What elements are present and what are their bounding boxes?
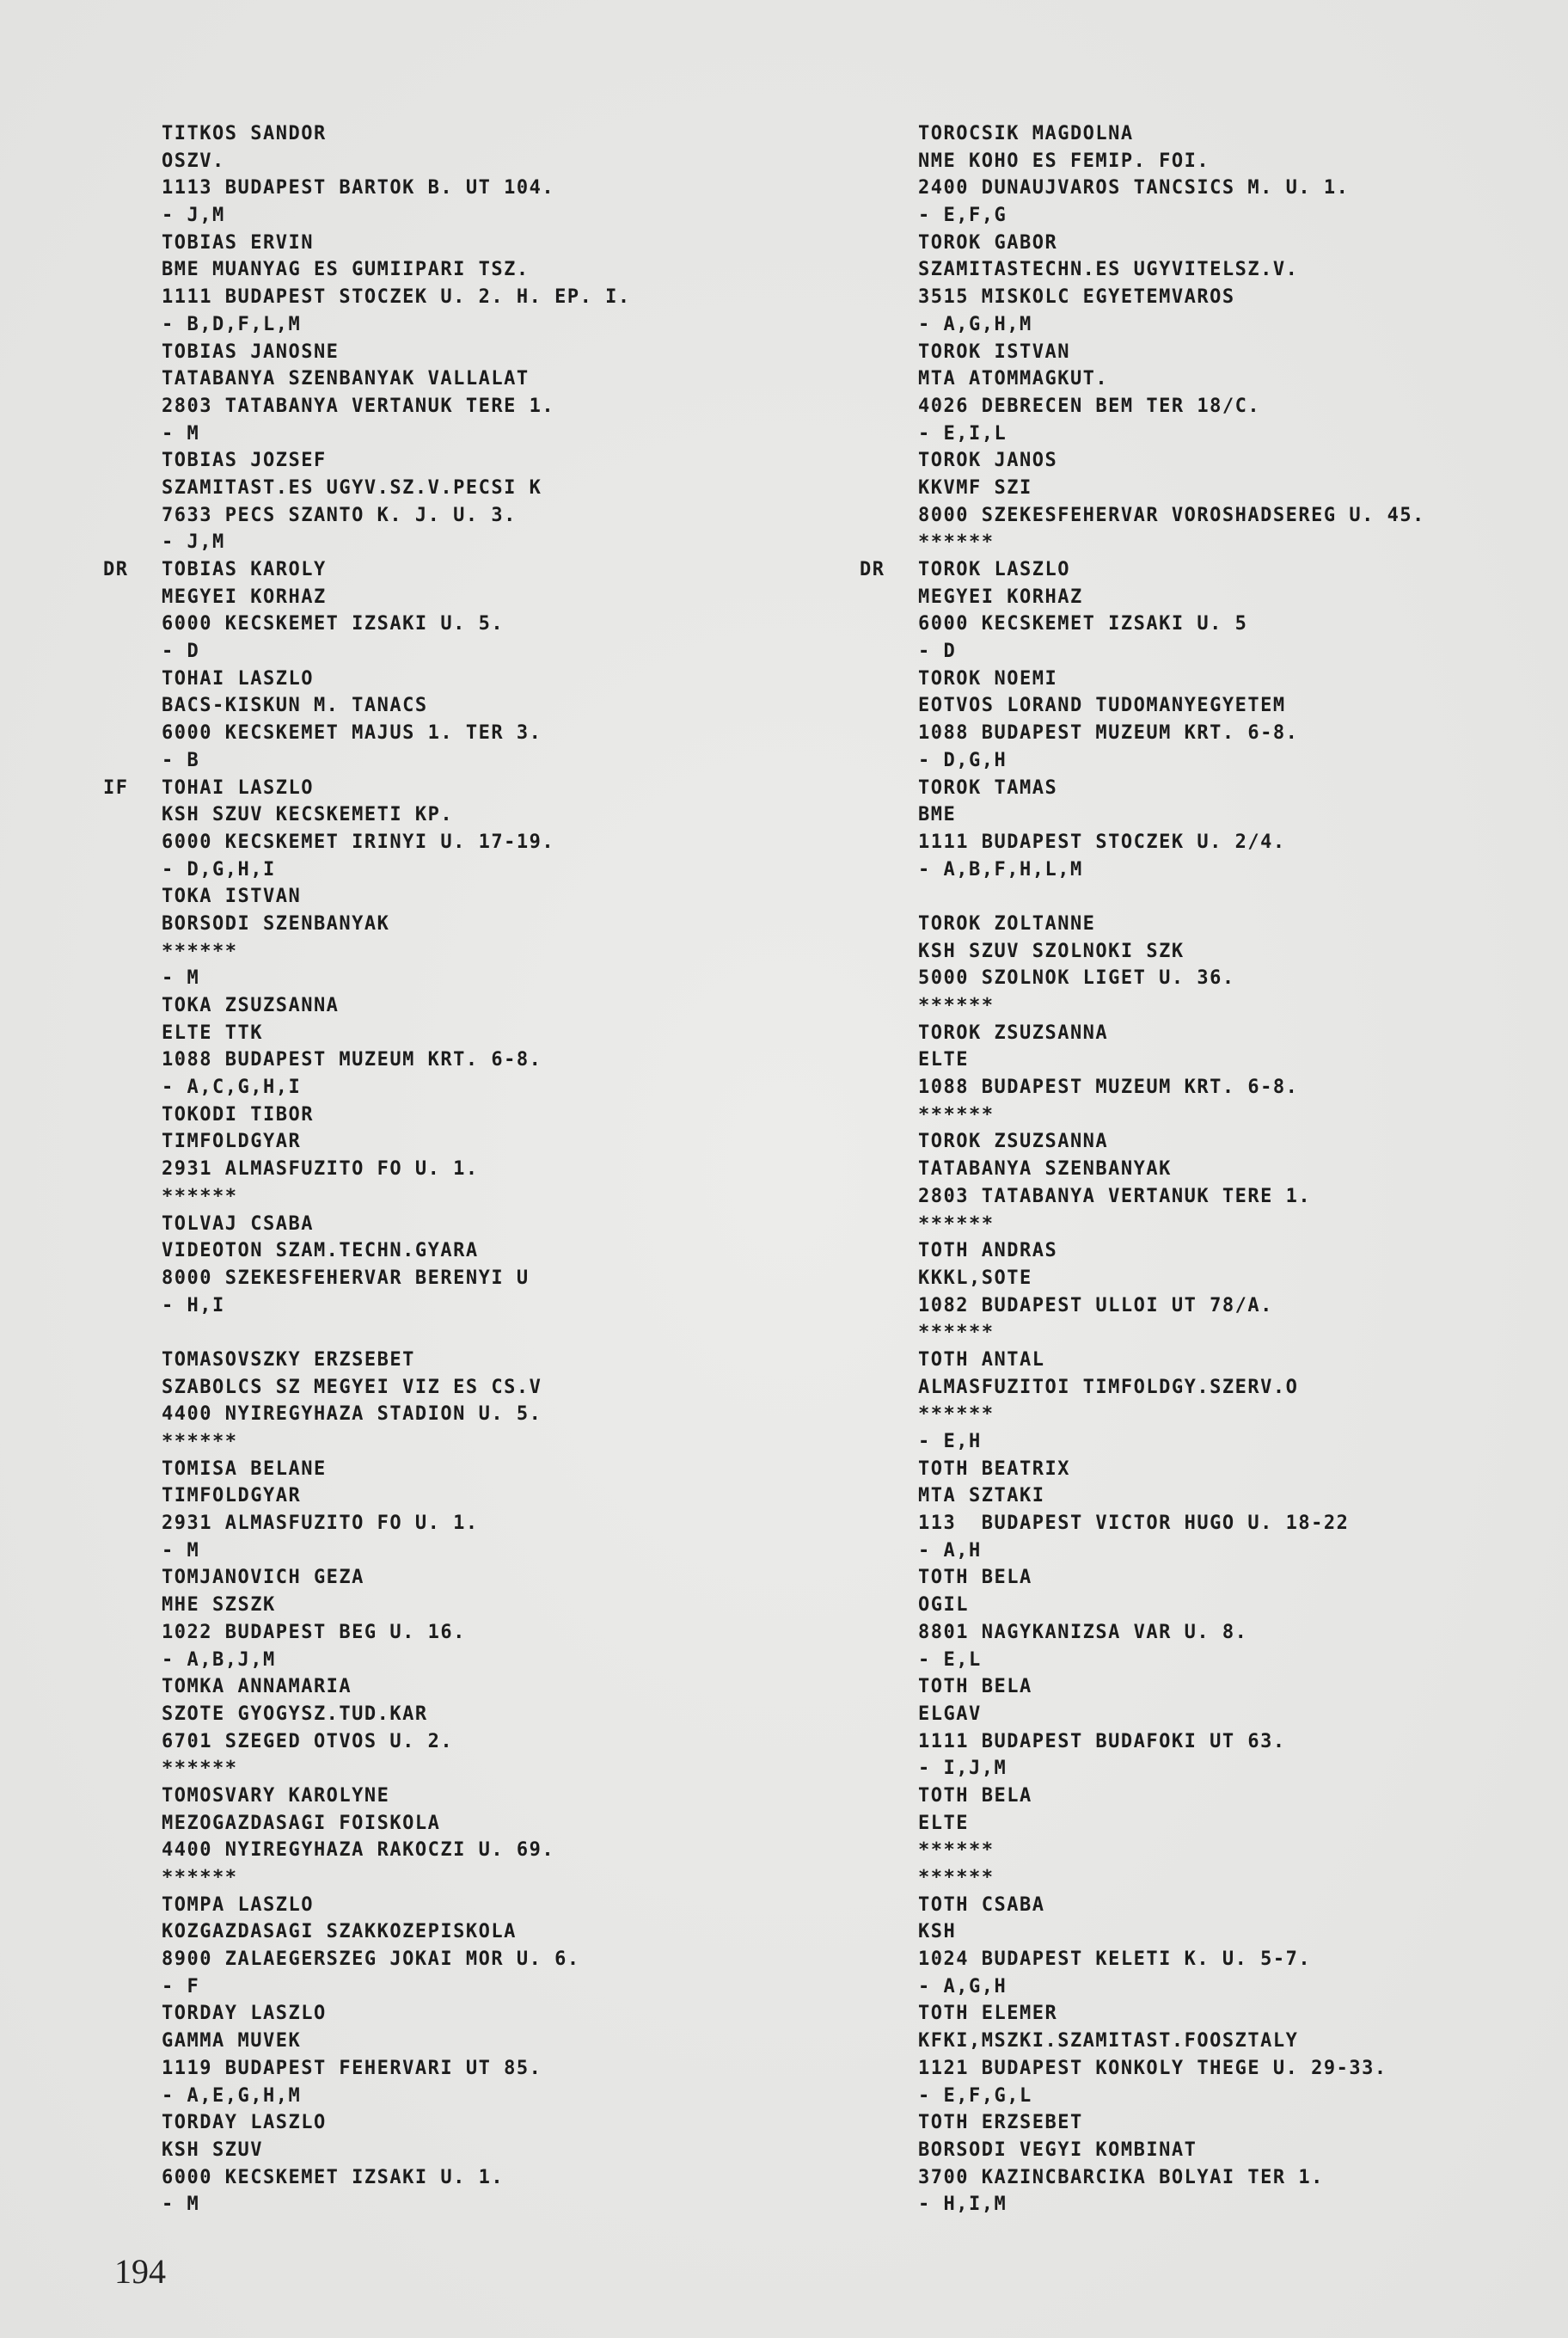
entry-address: 6701 SZEGED OTVOS U. 2. (103, 1728, 817, 1756)
entry-name: TOROK GABOR (918, 232, 1057, 254)
entry-title-prefix: DR (103, 556, 129, 584)
entry-detail: - E,L (860, 1647, 1568, 1674)
entry-name-line: TOBIAS JANOSNE (103, 339, 817, 366)
entry-name-line: TOTH ELEMER (860, 2000, 1568, 2028)
entry-address: 3515 MISKOLC EGYETEMVAROS (860, 284, 1568, 311)
directory-entry: TOTH ELEMERKFKI,MSZKI.SZAMITAST.FOOSZTAL… (860, 2000, 1568, 2109)
entry-name: TORDAY LASZLO (162, 2003, 327, 2024)
entry-detail: - M (103, 965, 817, 992)
entry-name-line: TOROK GABOR (860, 230, 1568, 257)
directory-entry: TOTH BEATRIXMTA SZTAKI113 BUDAPEST VICTO… (860, 1456, 1568, 1565)
entry-organization: ELTE (860, 1810, 1568, 1838)
directory-entry: TOROK ZSUZSANNAELTE1088 BUDAPEST MUZEUM … (860, 1020, 1568, 1129)
entry-organization: MEGYEI KORHAZ (103, 584, 817, 611)
entry-name: TOKODI TIBOR (162, 1104, 314, 1126)
entry-address: 1088 BUDAPEST MUZEUM KRT. 6-8. (103, 1046, 817, 1074)
entry-organization: KSH SZUV SZOLNOKI SZK (860, 938, 1568, 966)
entry-detail: - J,M (103, 529, 817, 556)
entry-detail: ****** (860, 992, 1568, 1020)
entry-organization: KKKL,SOTE (860, 1265, 1568, 1292)
entry-organization: SZAMITAST.ES UGYV.SZ.V.PECSI K (103, 475, 817, 502)
entry-name: TOROK ZSUZSANNA (918, 1131, 1108, 1152)
entry-name-line: TOTH BELA (860, 1783, 1568, 1810)
entry-detail: - A,G,H (860, 1973, 1568, 2001)
directory-entry: TOMISA BELANETIMFOLDGYAR2931 ALMASFUZITO… (103, 1456, 817, 1565)
entry-name: TOKA ZSUZSANNA (162, 995, 339, 1016)
entry-organization: MEZOGAZDASAGI FOISKOLA (103, 1810, 817, 1838)
entry-detail: - F (103, 1973, 817, 2001)
entry-name: TITKOS SANDOR (162, 123, 327, 144)
entry-name-line: TOROK NOEMI (860, 666, 1568, 693)
entry-address: 1088 BUDAPEST MUZEUM KRT. 6-8. (860, 1074, 1568, 1101)
entry-address: 1111 BUDAPEST STOCZEK U. 2. H. EP. I. (103, 284, 817, 311)
entry-organization: KKVMF SZI (860, 475, 1568, 502)
entry-detail: - A,E,G,H,M (103, 2083, 817, 2110)
entry-detail: - A,H (860, 1537, 1568, 1565)
entry-name-line: TOROK ZSUZSANNA (860, 1128, 1568, 1156)
entry-organization: TATABANYA SZENBANYAK VALLALAT (103, 365, 817, 393)
entry-address: 8000 SZEKESFEHERVAR BERENYI U (103, 1265, 817, 1292)
entry-organization: ELGAV (860, 1701, 1568, 1728)
entry-address: ****** (860, 1401, 1568, 1428)
entry-name-line: TOHAI LASZLO (103, 666, 817, 693)
entry-address: 1082 BUDAPEST ULLOI UT 78/A. (860, 1292, 1568, 1320)
entry-name-line: TOBIAS ERVIN (103, 230, 817, 257)
entry-name-line: IFTOHAI LASZLO (103, 775, 817, 802)
entry-address: ****** (860, 1837, 1568, 1864)
entry-name-line: TOTH BELA (860, 1564, 1568, 1592)
entry-name: TOROK JANOS (918, 450, 1057, 471)
entry-detail: - M (103, 1537, 817, 1565)
entry-organization: TATABANYA SZENBANYAK (860, 1156, 1568, 1183)
directory-entry: TOTH ANDRASKKKL,SOTE1082 BUDAPEST ULLOI … (860, 1237, 1568, 1347)
directory-entry: TOTH BELAELGAV1111 BUDAPEST BUDAFOKI UT … (860, 1673, 1568, 1783)
entry-name-line: TOLVAJ CSABA (103, 1211, 817, 1238)
entry-organization: MHE SZSZK (103, 1592, 817, 1619)
directory-entry: TOTH ERZSEBETBORSODI VEGYI KOMBINAT3700 … (860, 2109, 1568, 2218)
entry-name-line: TOROK TAMAS (860, 775, 1568, 802)
entry-name: TOTH ELEMER (918, 2003, 1057, 2024)
entry-name: TOTH BELA (918, 1676, 1032, 1697)
directory-entry: TOHAI LASZLOBACS-KISKUN M. TANACS6000 KE… (103, 666, 817, 775)
entry-name-line: TOMOSVARY KAROLYNE (103, 1783, 817, 1810)
directory-entry: TOBIAS ERVINBME MUANYAG ES GUMIIPARI TSZ… (103, 230, 817, 339)
directory-entry: TOROK ISTVANMTA ATOMMAGKUT.4026 DEBRECEN… (860, 339, 1568, 448)
entry-address: 4400 NYIREGYHAZA STADION U. 5. (103, 1401, 817, 1428)
entry-name: TOTH BELA (918, 1785, 1032, 1807)
entry-name: TOROK ZOLTANNE (918, 913, 1095, 935)
entry-address: 8000 SZEKESFEHERVAR VOROSHADSEREG U. 45. (860, 502, 1568, 530)
directory-entry: TOTH CSABAKSH1024 BUDAPEST KELETI K. U. … (860, 1892, 1568, 2001)
directory-entry: TOMJANOVICH GEZAMHE SZSZK1022 BUDAPEST B… (103, 1564, 817, 1673)
entry-organization: BACS-KISKUN M. TANACS (103, 692, 817, 720)
entry-name: TOMASOVSZKY ERZSEBET (162, 1349, 415, 1371)
entry-name-line: TOKA ISTVAN (103, 883, 817, 911)
entry-name-line: TOTH CSABA (860, 1892, 1568, 1919)
entry-detail: - A,B,J,M (103, 1647, 817, 1674)
entry-detail: - D (860, 638, 1568, 666)
entry-organization: KOZGAZDASAGI SZAKKOZEPISKOLA (103, 1918, 817, 1946)
entry-name: TOTH CSABA (918, 1894, 1044, 1916)
entry-name: TOROK ISTVAN (918, 341, 1070, 363)
page-number: 194 (114, 2251, 166, 2292)
entry-detail: ****** (860, 529, 1568, 556)
entry-name: TOBIAS ERVIN (162, 232, 314, 254)
directory-entry: TOMPA LASZLOKOZGAZDASAGI SZAKKOZEPISKOLA… (103, 1892, 817, 2001)
entry-address: 1024 BUDAPEST KELETI K. U. 5-7. (860, 1946, 1568, 1973)
entry-name: TOHAI LASZLO (162, 668, 314, 690)
entry-name-line: TOMASOVSZKY ERZSEBET (103, 1347, 817, 1374)
entry-organization: TIMFOLDGYAR (103, 1128, 817, 1156)
directory-entry: TORDAY LASZLOGAMMA MUVEK1119 BUDAPEST FE… (103, 2000, 817, 2109)
directory-entry: TOROK TAMASBME1111 BUDAPEST STOCZEK U. 2… (860, 775, 1568, 911)
entry-name-line: TOTH ERZSEBET (860, 2109, 1568, 2137)
entry-name: TOTH ANTAL (918, 1349, 1044, 1371)
entry-name: TOROK ZSUZSANNA (918, 1022, 1108, 1044)
entry-detail: - E,F,G (860, 202, 1568, 230)
entry-organization: KFKI,MSZKI.SZAMITAST.FOOSZTALY (860, 2028, 1568, 2055)
entry-name: TOMKA ANNAMARIA (162, 1676, 352, 1697)
entry-address: 6000 KECSKEMET MAJUS 1. TER 3. (103, 720, 817, 747)
entry-detail: ****** (860, 1101, 1568, 1129)
entry-organization: ELTE TTK (103, 1020, 817, 1047)
entry-name: TOBIAS JOZSEF (162, 450, 327, 471)
entry-organization: EOTVOS LORAND TUDOMANYEGYETEM (860, 692, 1568, 720)
entry-address: 3700 KAZINCBARCIKA BOLYAI TER 1. (860, 2164, 1568, 2192)
entry-address: 2803 TATABANYA VERTANUK TERE 1. (103, 393, 817, 420)
entry-address: 1111 BUDAPEST BUDAFOKI UT 63. (860, 1728, 1568, 1756)
entry-detail: ****** (860, 1319, 1568, 1347)
entry-name-line: TOMISA BELANE (103, 1456, 817, 1483)
entry-address: ****** (103, 938, 817, 966)
directory-entry: TOROK GABORSZAMITASTECHN.ES UGYVITELSZ.V… (860, 230, 1568, 339)
entry-name-line: TOROK JANOS (860, 447, 1568, 475)
entry-organization: SZOTE GYOGYSZ.TUD.KAR (103, 1701, 817, 1728)
entry-address: 4400 NYIREGYHAZA RAKOCZI U. 69. (103, 1837, 817, 1864)
entry-address: 1113 BUDAPEST BARTOK B. UT 104. (103, 175, 817, 202)
directory-entry: TOMOSVARY KAROLYNEMEZOGAZDASAGI FOISKOLA… (103, 1783, 817, 1892)
entry-address: 2803 TATABANYA VERTANUK TERE 1. (860, 1183, 1568, 1211)
entry-detail (860, 883, 1568, 911)
entry-detail: - H,I,M (860, 2191, 1568, 2218)
entry-name: TOMPA LASZLO (162, 1894, 314, 1916)
entry-address: 8801 NAGYKANIZSA VAR U. 8. (860, 1619, 1568, 1647)
entry-organization: SZAMITASTECHN.ES UGYVITELSZ.V. (860, 256, 1568, 284)
entry-name: TOBIAS KAROLY (162, 559, 327, 580)
entry-name-line: TOMJANOVICH GEZA (103, 1564, 817, 1592)
entry-organization: ALMASFUZITOI TIMFOLDGY.SZERV.O (860, 1374, 1568, 1402)
entry-name-line: TORDAY LASZLO (103, 2109, 817, 2137)
directory-entry: DRTOBIAS KAROLYMEGYEI KORHAZ6000 KECSKEM… (103, 556, 817, 666)
entry-address: 6000 KECSKEMET IZSAKI U. 1. (103, 2164, 817, 2192)
entry-name-line: TOBIAS JOZSEF (103, 447, 817, 475)
entry-name-line: TITKOS SANDOR (103, 120, 817, 148)
directory-entry: TITKOS SANDOROSZV.1113 BUDAPEST BARTOK B… (103, 120, 817, 230)
entry-organization: KSH SZUV (103, 2137, 817, 2164)
entry-address: 1088 BUDAPEST MUZEUM KRT. 6-8. (860, 720, 1568, 747)
entry-name: TOTH ANDRAS (918, 1240, 1057, 1261)
entry-name-line: TORDAY LASZLO (103, 2000, 817, 2028)
entry-name-line: TOROCSIK MAGDOLNA (860, 120, 1568, 148)
entry-name: TOROK NOEMI (918, 668, 1057, 690)
entry-name: TOBIAS JANOSNE (162, 341, 339, 363)
entry-address: 4026 DEBRECEN BEM TER 18/C. (860, 393, 1568, 420)
entry-name-line: TOKODI TIBOR (103, 1101, 817, 1129)
directory-entry: TOMASOVSZKY ERZSEBETSZABOLCS SZ MEGYEI V… (103, 1347, 817, 1456)
entry-detail: - M (103, 2191, 817, 2218)
entry-organization: MTA ATOMMAGKUT. (860, 365, 1568, 393)
entry-name-line: TOMKA ANNAMARIA (103, 1673, 817, 1701)
entry-detail: - M (103, 420, 817, 448)
entry-organization: TIMFOLDGYAR (103, 1482, 817, 1510)
directory-entry: TOROK ZSUZSANNATATABANYA SZENBANYAK2803 … (860, 1128, 1568, 1237)
entry-organization: GAMMA MUVEK (103, 2028, 817, 2055)
entry-organization: BORSODI VEGYI KOMBINAT (860, 2137, 1568, 2164)
entry-name-line: TOKA ZSUZSANNA (103, 992, 817, 1020)
entry-organization: ELTE (860, 1046, 1568, 1074)
entry-name-line: TOTH ANTAL (860, 1347, 1568, 1374)
entry-organization: SZABOLCS SZ MEGYEI VIZ ES CS.V (103, 1374, 817, 1402)
entry-detail: ****** (103, 1183, 817, 1211)
entry-address: 1022 BUDAPEST BEG U. 16. (103, 1619, 817, 1647)
entry-address: 2400 DUNAUJVAROS TANCSICS M. U. 1. (860, 175, 1568, 202)
directory-entry: TOBIAS JANOSNETATABANYA SZENBANYAK VALLA… (103, 339, 817, 448)
directory-entry: TOTH ANTALALMASFUZITOI TIMFOLDGY.SZERV.O… (860, 1347, 1568, 1456)
entry-address: 7633 PECS SZANTO K. J. U. 3. (103, 502, 817, 530)
entry-name: TOMOSVARY KAROLYNE (162, 1785, 389, 1807)
entry-title-prefix: IF (103, 775, 129, 802)
entry-address: 6000 KECSKEMET IZSAKI U. 5. (103, 611, 817, 638)
directory-entry: TOMKA ANNAMARIASZOTE GYOGYSZ.TUD.KAR6701… (103, 1673, 817, 1783)
entry-name: TOTH BELA (918, 1567, 1032, 1588)
entry-organization: MEGYEI KORHAZ (860, 584, 1568, 611)
entry-address: 5000 SZOLNOK LIGET U. 36. (860, 965, 1568, 992)
directory-entry: DRTOROK LASZLOMEGYEI KORHAZ6000 KECSKEME… (860, 556, 1568, 666)
entry-address: 1111 BUDAPEST STOCZEK U. 2/4. (860, 829, 1568, 856)
entry-name: TOROK TAMAS (918, 777, 1057, 799)
entry-detail: - B (103, 747, 817, 775)
entry-organization: BME (860, 801, 1568, 829)
entry-name-line: TOROK ZOLTANNE (860, 911, 1568, 938)
entry-organization: KSH (860, 1918, 1568, 1946)
entry-name: TORDAY LASZLO (162, 2112, 327, 2133)
directory-entry: TOTH BELAELTE************ (860, 1783, 1568, 1892)
entry-name-line: DRTOROK LASZLO (860, 556, 1568, 584)
entry-name-line: TOTH BELA (860, 1673, 1568, 1701)
entry-organization: NME KOHO ES FEMIP. FOI. (860, 148, 1568, 175)
entry-name-line: TOROK ISTVAN (860, 339, 1568, 366)
entry-name: TOLVAJ CSABA (162, 1213, 314, 1235)
directory-entry: TOTH BELAOGIL8801 NAGYKANIZSA VAR U. 8.-… (860, 1564, 1568, 1673)
entry-organization: VIDEOTON SZAM.TECHN.GYARA (103, 1237, 817, 1265)
directory-column-left: TITKOS SANDOROSZV.1113 BUDAPEST BARTOK B… (103, 120, 817, 2218)
entry-name: TOKA ISTVAN (162, 886, 301, 907)
entry-detail: ****** (103, 1428, 817, 1456)
directory-entry: TOROK NOEMIEOTVOS LORAND TUDOMANYEGYETEM… (860, 666, 1568, 775)
entry-address: 8900 ZALAEGERSZEG JOKAI MOR U. 6. (103, 1946, 817, 1973)
entry-name-line: TOTH BEATRIX (860, 1456, 1568, 1483)
entry-name: TOTH BEATRIX (918, 1458, 1070, 1480)
entry-name: TOMJANOVICH GEZA (162, 1567, 364, 1588)
entry-name: TOTH ERZSEBET (918, 2112, 1083, 2133)
entry-address: 2931 ALMASFUZITO FO U. 1. (103, 1510, 817, 1537)
entry-detail: - I,J,M (860, 1755, 1568, 1783)
entry-detail: - D (103, 638, 817, 666)
entry-organization: BME MUANYAG ES GUMIIPARI TSZ. (103, 256, 817, 284)
directory-entry: TORDAY LASZLOKSH SZUV6000 KECSKEMET IZSA… (103, 2109, 817, 2218)
entry-address: 2931 ALMASFUZITO FO U. 1. (103, 1156, 817, 1183)
entry-name-line: TOMPA LASZLO (103, 1892, 817, 1919)
entry-detail: - E,H (860, 1428, 1568, 1456)
entry-name: TOROCSIK MAGDOLNA (918, 123, 1134, 144)
directory-entry: TOKA ISTVANBORSODI SZENBANYAK******- M (103, 883, 817, 992)
directory-entry: IFTOHAI LASZLOKSH SZUV KECSKEMETI KP.600… (103, 775, 817, 884)
entry-detail: - D,G,H (860, 747, 1568, 775)
entry-detail: - A,C,G,H,I (103, 1074, 817, 1101)
entry-address: 1121 BUDAPEST KONKOLY THEGE U. 29-33. (860, 2055, 1568, 2083)
entry-name-line: TOROK ZSUZSANNA (860, 1020, 1568, 1047)
entry-name: TOHAI LASZLO (162, 777, 314, 799)
entry-detail: - E,I,L (860, 420, 1568, 448)
entry-detail: ****** (860, 1211, 1568, 1238)
directory-entry: TOKA ZSUZSANNAELTE TTK1088 BUDAPEST MUZE… (103, 992, 817, 1101)
entry-detail: - B,D,F,L,M (103, 311, 817, 339)
directory-entry: TOLVAJ CSABAVIDEOTON SZAM.TECHN.GYARA800… (103, 1211, 817, 1347)
directory-entry: TOROK JANOSKKVMF SZI8000 SZEKESFEHERVAR … (860, 447, 1568, 556)
entry-detail: - A,G,H,M (860, 311, 1568, 339)
entry-name: TOMISA BELANE (162, 1458, 327, 1480)
entry-address: 6000 KECSKEMET IRINYI U. 17-19. (103, 829, 817, 856)
entry-detail: - J,M (103, 202, 817, 230)
entry-detail: ****** (103, 1864, 817, 1892)
directory-entry: TOROCSIK MAGDOLNANME KOHO ES FEMIP. FOI.… (860, 120, 1568, 230)
entry-organization: MTA SZTAKI (860, 1482, 1568, 1510)
entry-organization: OGIL (860, 1592, 1568, 1619)
entry-organization: KSH SZUV KECSKEMETI KP. (103, 801, 817, 829)
entry-detail: - A,B,F,H,L,M (860, 856, 1568, 884)
entry-organization: OSZV. (103, 148, 817, 175)
entry-name-line: TOTH ANDRAS (860, 1237, 1568, 1265)
entry-title-prefix: DR (860, 556, 885, 584)
entry-detail: - H,I (103, 1292, 817, 1320)
entry-detail: - D,G,H,I (103, 856, 817, 884)
directory-entry: TOBIAS JOZSEFSZAMITAST.ES UGYV.SZ.V.PECS… (103, 447, 817, 556)
directory-entry: TOKODI TIBORTIMFOLDGYAR2931 ALMASFUZITO … (103, 1101, 817, 1211)
entry-address: 1119 BUDAPEST FEHERVARI UT 85. (103, 2055, 817, 2083)
entry-address: 6000 KECSKEMET IZSAKI U. 5 (860, 611, 1568, 638)
entry-detail: - E,F,G,L (860, 2083, 1568, 2110)
entry-name: TOROK LASZLO (918, 559, 1070, 580)
entry-detail (103, 1319, 817, 1347)
entry-organization: BORSODI SZENBANYAK (103, 911, 817, 938)
directory-entry: TOROK ZOLTANNEKSH SZUV SZOLNOKI SZK5000 … (860, 911, 1568, 1020)
directory-column-right: TOROCSIK MAGDOLNANME KOHO ES FEMIP. FOI.… (860, 120, 1568, 2218)
entry-detail: ****** (860, 1864, 1568, 1892)
entry-address: 113 BUDAPEST VICTOR HUGO U. 18-22 (860, 1510, 1568, 1537)
entry-name-line: DRTOBIAS KAROLY (103, 556, 817, 584)
entry-detail: ****** (103, 1755, 817, 1783)
